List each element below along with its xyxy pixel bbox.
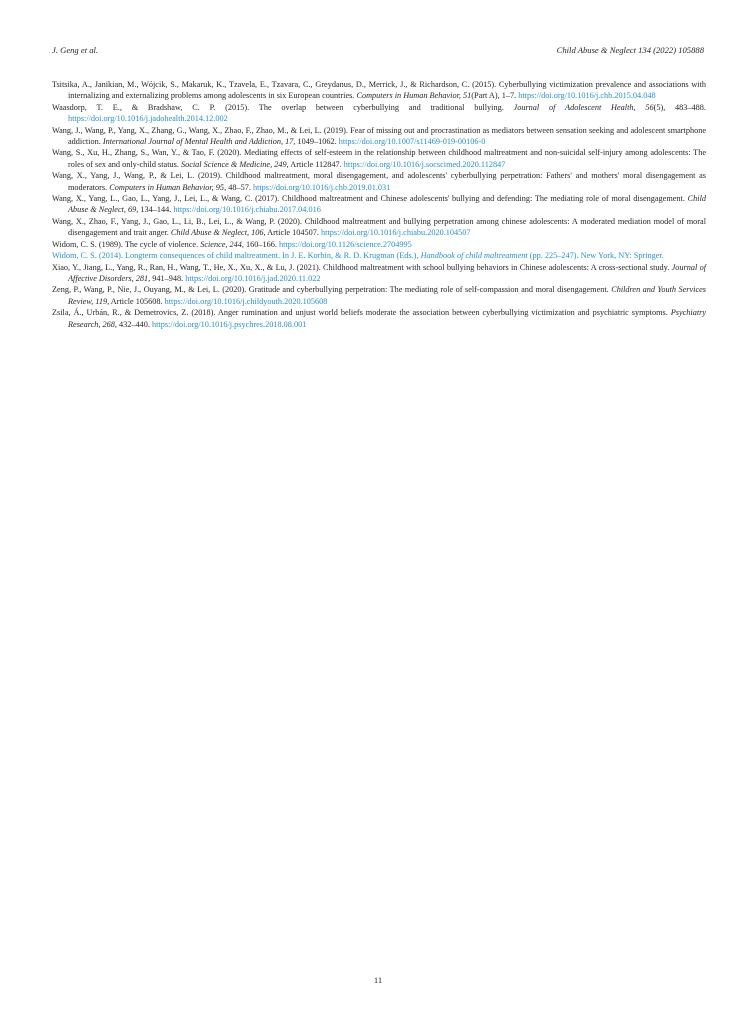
reference-source: Journal of Adolescent Health, 56	[514, 103, 654, 112]
doi-link[interactable]: https://doi.org/10.1016/j.jadohealth.201…	[68, 114, 228, 123]
doi-link[interactable]: https://doi.org/10.1016/j.chb.2015.04.04…	[518, 91, 655, 100]
reference-source: Science, 244	[200, 240, 242, 249]
running-head: J. Geng et al. Child Abuse & Neglect 134…	[52, 45, 704, 55]
reference-source: International Journal of Mental Health a…	[103, 137, 294, 146]
reference-item: Xiao, Y., Jiang, L., Yang, R., Ran, H., …	[52, 262, 706, 285]
reference-item-linked[interactable]: Widom, C. S. (2014). Longterm consequenc…	[52, 250, 706, 261]
reference-item: Wang, X., Zhao, F., Yang, J., Gao, L., L…	[52, 216, 706, 239]
running-head-journal: Child Abuse & Neglect 134 (2022) 105888	[557, 45, 704, 55]
reference-item: Wang, S., Xu, H., Zhang, S., Wan, Y., & …	[52, 147, 706, 170]
reference-list: Tsitsika, A., Janikian, M., Wójcik, S., …	[52, 79, 706, 330]
doi-link[interactable]: https://doi.org/10.1016/j.childyouth.202…	[165, 297, 328, 306]
doi-link[interactable]: https://doi.org/10.1016/j.chb.2019.01.03…	[253, 183, 390, 192]
reference-item: Wang, X., Yang, L., Gao, L., Yang, J., L…	[52, 193, 706, 216]
reference-source: Computers in Human Behavior, 95	[109, 183, 224, 192]
doi-link[interactable]: https://doi.org/10.1016/j.jad.2020.11.02…	[185, 274, 320, 283]
running-head-authors: J. Geng et al.	[52, 45, 98, 55]
doi-link[interactable]: https://doi.org/10.1016/j.socscimed.2020…	[344, 160, 506, 169]
reference-source: Handbook of child maltreatment	[421, 251, 528, 260]
doi-link[interactable]: https://doi.org/10.1126/science.2704995	[279, 240, 412, 249]
reference-item: Tsitsika, A., Janikian, M., Wójcik, S., …	[52, 79, 706, 102]
reference-item: Wang, X., Yang, J., Wang, P., & Lei, L. …	[52, 170, 706, 193]
doi-link[interactable]: https://doi.org/10.1016/j.psychres.2018.…	[152, 320, 306, 329]
doi-link[interactable]: https://doi.org/10.1016/j.chiabu.2020.10…	[321, 228, 471, 237]
reference-item: Zsila, Á., Urbán, R., & Demetrovics, Z. …	[52, 307, 706, 330]
page-number: 11	[0, 975, 756, 985]
reference-item: Waasdorp, T. E., & Bradshaw, C. P. (2015…	[52, 102, 706, 125]
reference-item: Wang, J., Wang, P., Yang, X., Zhang, G.,…	[52, 125, 706, 148]
reference-source: Child Abuse & Neglect, 106	[171, 228, 264, 237]
reference-source: Social Science & Medicine, 249	[181, 160, 287, 169]
doi-link[interactable]: https://doi.org/10.1016/j.chiabu.2017.04…	[173, 205, 320, 214]
reference-item: Zeng, P., Wang, P., Nie, J., Ouyang, M.,…	[52, 284, 706, 307]
reference-item: Widom, C. S. (1989). The cycle of violen…	[52, 239, 706, 250]
reference-source: Computers in Human Behavior, 51	[356, 91, 471, 100]
doi-link[interactable]: https://doi.org/10.1007/s11469-019-00106…	[339, 137, 486, 146]
